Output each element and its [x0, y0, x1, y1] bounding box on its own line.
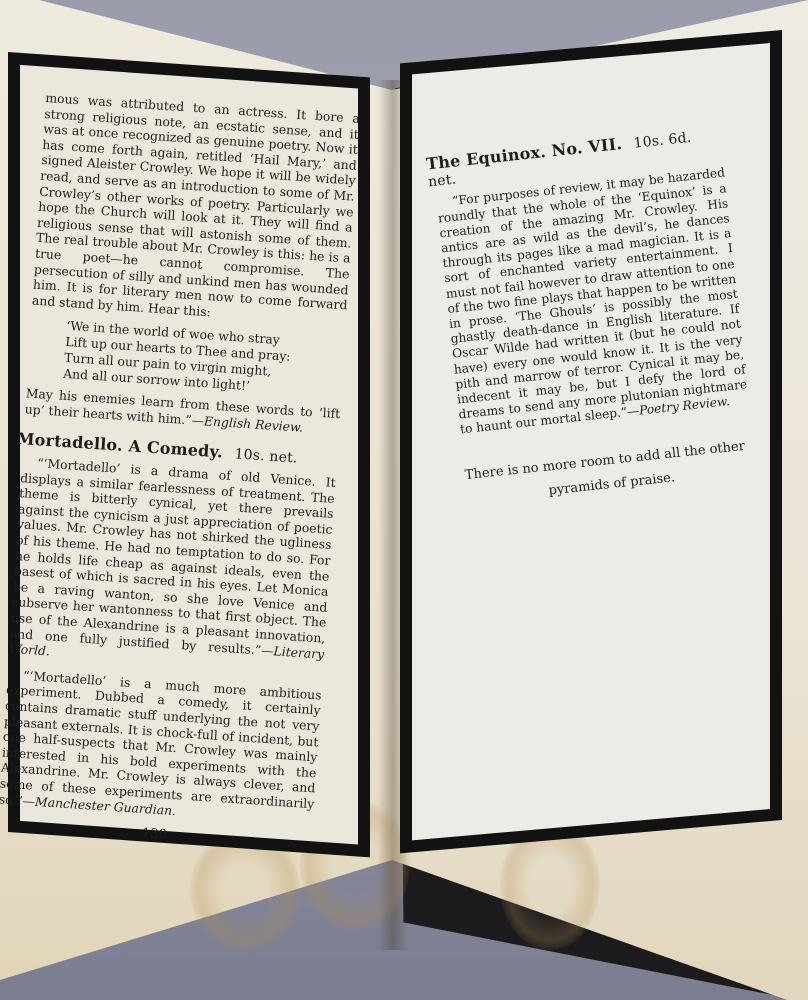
section-price: 10s. net. — [234, 446, 298, 466]
left-page-content: mous was attributed to an actress. It bo… — [0, 90, 360, 853]
review-text: “For purposes of review, it may be hazar… — [437, 166, 748, 437]
verse-block: ‘We in the world of woe who stray Lift u… — [63, 318, 346, 400]
review-paragraph: “‘Mortadello’ is a drama of old Venice. … — [8, 454, 336, 677]
review-text: “‘Mortadello’ is a much more ambitious e… — [0, 668, 322, 812]
review-text: “‘Mortadello’ is a drama of old Venice. … — [9, 455, 336, 658]
continuation-paragraph: mous was attributed to an actress. It bo… — [32, 90, 361, 329]
review-paragraph: “For purposes of review, it may be hazar… — [436, 166, 750, 438]
section-title: The Equinox. No. VII. — [425, 134, 623, 173]
right-page-content: The Equinox. No. VII. 10s. 6d. net. “For… — [430, 112, 757, 512]
review-paragraph: “‘Mortadello’ is a much more ambitious e… — [0, 667, 322, 828]
